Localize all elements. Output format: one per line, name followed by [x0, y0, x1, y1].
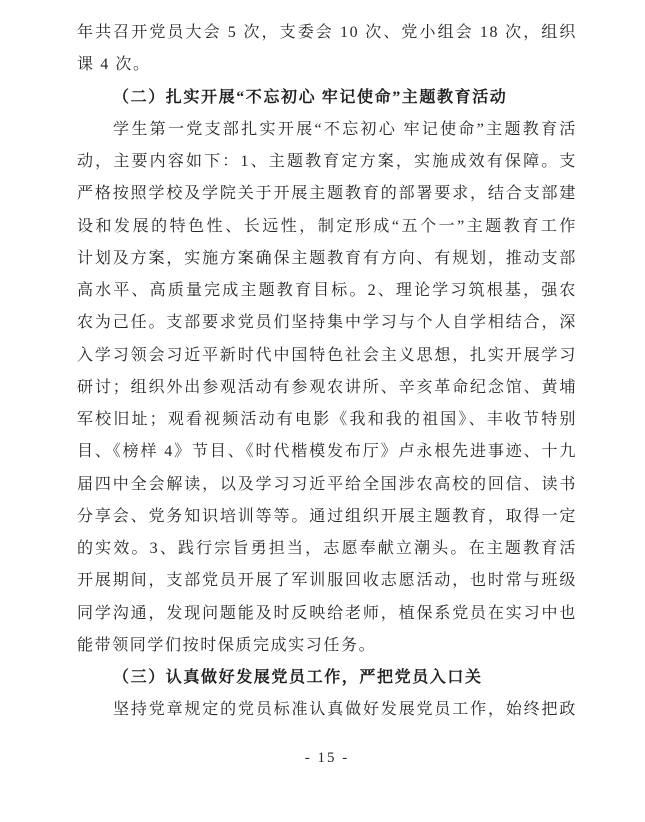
page-body: 年共召开党员大会 5 次，支委会 10 次、党小组会 18 次，组织党 课 4 …: [77, 17, 577, 727]
text-line: 开展期间，支部党员开展了军训服回收志愿活动，也时常与班级: [77, 565, 577, 597]
section-heading-2: （二）扎实开展“不忘初心 牢记使命”主题教育活动: [77, 82, 577, 114]
text-line: 届四中全会解读，以及学习习近平给全国涉农高校的回信、读书: [77, 469, 577, 501]
text-line: 动，主要内容如下：1、主题教育定方案，实施成效有保障。支部: [77, 146, 577, 178]
text-line: 能带领同学们按时保质完成实习任务。: [77, 630, 577, 662]
section-heading-3: （三）认真做好发展党员工作，严把党员入口关: [77, 662, 577, 694]
paragraph-party-member-development: 坚持党章规定的党员标准认真做好发展党员工作，始终把政: [77, 694, 577, 726]
text-line: 研讨；组织外出参观活动有参观农讲所、辛亥革命纪念馆、黄埔: [77, 372, 577, 404]
text-line: 严格按照学校及学院关于开展主题教育的部署要求，结合支部建: [77, 178, 577, 210]
text-line: 计划及方案，实施方案确保主题教育有方向、有规划，推动支部: [77, 243, 577, 275]
text-line: 分享会、党务知识培训等等。通过组织开展主题教育，取得一定: [77, 501, 577, 533]
text-line: 设和发展的特色性、长远性，制定形成“五个一”主题教育工作: [77, 211, 577, 243]
text-line: 课 4 次。: [77, 49, 577, 81]
text-line: 的实效。3、践行宗旨勇担当，志愿奉献立潮头。在主题教育活动: [77, 533, 577, 565]
text-line: 同学沟通，发现问题能及时反映给老师，植保系党员在实习中也: [77, 598, 577, 630]
text-line: 入学习领会习近平新时代中国特色社会主义思想，扎实开展学习: [77, 340, 577, 372]
text-line: 军校旧址；观看视频活动有电影《我和我的祖国》、丰收节特别节: [77, 404, 577, 436]
text-line: 坚持党章规定的党员标准认真做好发展党员工作，始终把政: [77, 694, 577, 726]
text-line: 学生第一党支部扎实开展“不忘初心 牢记使命”主题教育活: [77, 114, 577, 146]
paragraph-continuation: 年共召开党员大会 5 次，支委会 10 次、党小组会 18 次，组织党 课 4 …: [77, 17, 577, 82]
paragraph-theme-education: 学生第一党支部扎实开展“不忘初心 牢记使命”主题教育活 动，主要内容如下：1、主…: [77, 114, 577, 662]
text-line: 年共召开党员大会 5 次，支委会 10 次、党小组会 18 次，组织党: [77, 17, 577, 49]
text-line: 农为己任。支部要求党员们坚持集中学习与个人自学相结合，深: [77, 307, 577, 339]
text-line: 高水平、高质量完成主题教育目标。2、理论学习筑根基，强农兴: [77, 275, 577, 307]
document-page: 年共召开党员大会 5 次，支委会 10 次、党小组会 18 次，组织党 课 4 …: [0, 0, 645, 822]
page-number: - 15 -: [0, 749, 645, 767]
text-line: 目、《榜样 4》节目、《时代楷模发布厅》卢永根先进事迹、十九: [77, 436, 577, 468]
